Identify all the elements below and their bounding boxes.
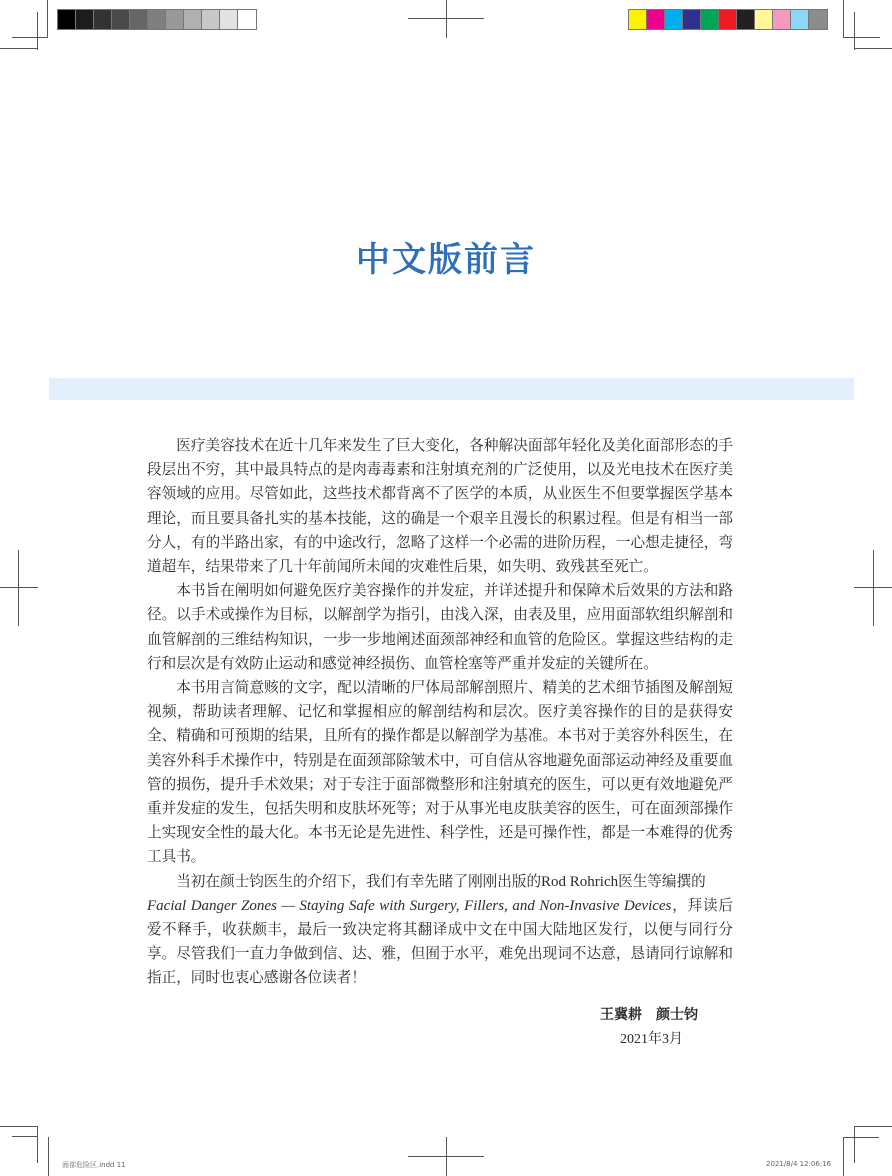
color-swatch: [809, 10, 827, 29]
grayscale-color-bar: [57, 9, 257, 30]
gray-swatch: [220, 10, 238, 29]
author-name-en: Rod Rohrich: [541, 874, 618, 890]
preface-date: 2021年3月: [620, 1028, 683, 1048]
gray-swatch: [184, 10, 202, 29]
gray-swatch: [202, 10, 220, 29]
color-swatch: [629, 10, 647, 29]
gray-swatch: [76, 10, 94, 29]
gray-swatch: [238, 10, 256, 29]
decorative-band: [49, 378, 854, 400]
gray-swatch: [58, 10, 76, 29]
color-swatch: [773, 10, 791, 29]
translator-signature: 王冀耕 颜士钧: [600, 1004, 698, 1024]
page-title: 中文版前言: [0, 232, 892, 281]
color-swatch: [647, 10, 665, 29]
gray-swatch: [130, 10, 148, 29]
preface-body: 医疗美容技术在近十几年来发生了巨大变化，各种解决面部年轻化及美化面部形态的手段层…: [147, 434, 733, 991]
color-swatch: [755, 10, 773, 29]
color-swatch: [719, 10, 737, 29]
gray-swatch: [148, 10, 166, 29]
book-title-en: Facial Danger Zones — Staying Safe with …: [147, 898, 671, 914]
paragraph-4-part1: 当初在颜士钧医生的介绍下，我们有幸先睹了刚刚出版的: [176, 873, 541, 890]
paragraph-1: 医疗美容技术在近十几年来发生了巨大变化，各种解决面部年轻化及美化面部形态的手段层…: [147, 434, 733, 579]
cmyk-color-bar: [628, 9, 828, 30]
slug-filename: 面部危险区.indd 11: [62, 1160, 126, 1170]
color-swatch: [665, 10, 683, 29]
gray-swatch: [166, 10, 184, 29]
paragraph-3: 本书用言简意赅的文字，配以清晰的尸体局部解剖照片、精美的艺术细节插图及解剖短视频…: [147, 676, 733, 870]
color-swatch: [737, 10, 755, 29]
paragraph-2: 本书旨在阐明如何避免医疗美容操作的并发症，并详述提升和保障术后效果的方法和路径。…: [147, 579, 733, 676]
color-swatch: [701, 10, 719, 29]
paragraph-4: 当初在颜士钧医生的介绍下，我们有幸先睹了刚刚出版的Rod Rohrich医生等编…: [147, 870, 733, 991]
slug-timestamp: 2021/8/4 12:06:16: [766, 1160, 831, 1168]
paragraph-4-part2: 医生等编撰的: [618, 873, 706, 890]
color-swatch: [791, 10, 809, 29]
gray-swatch: [94, 10, 112, 29]
color-swatch: [683, 10, 701, 29]
gray-swatch: [112, 10, 130, 29]
